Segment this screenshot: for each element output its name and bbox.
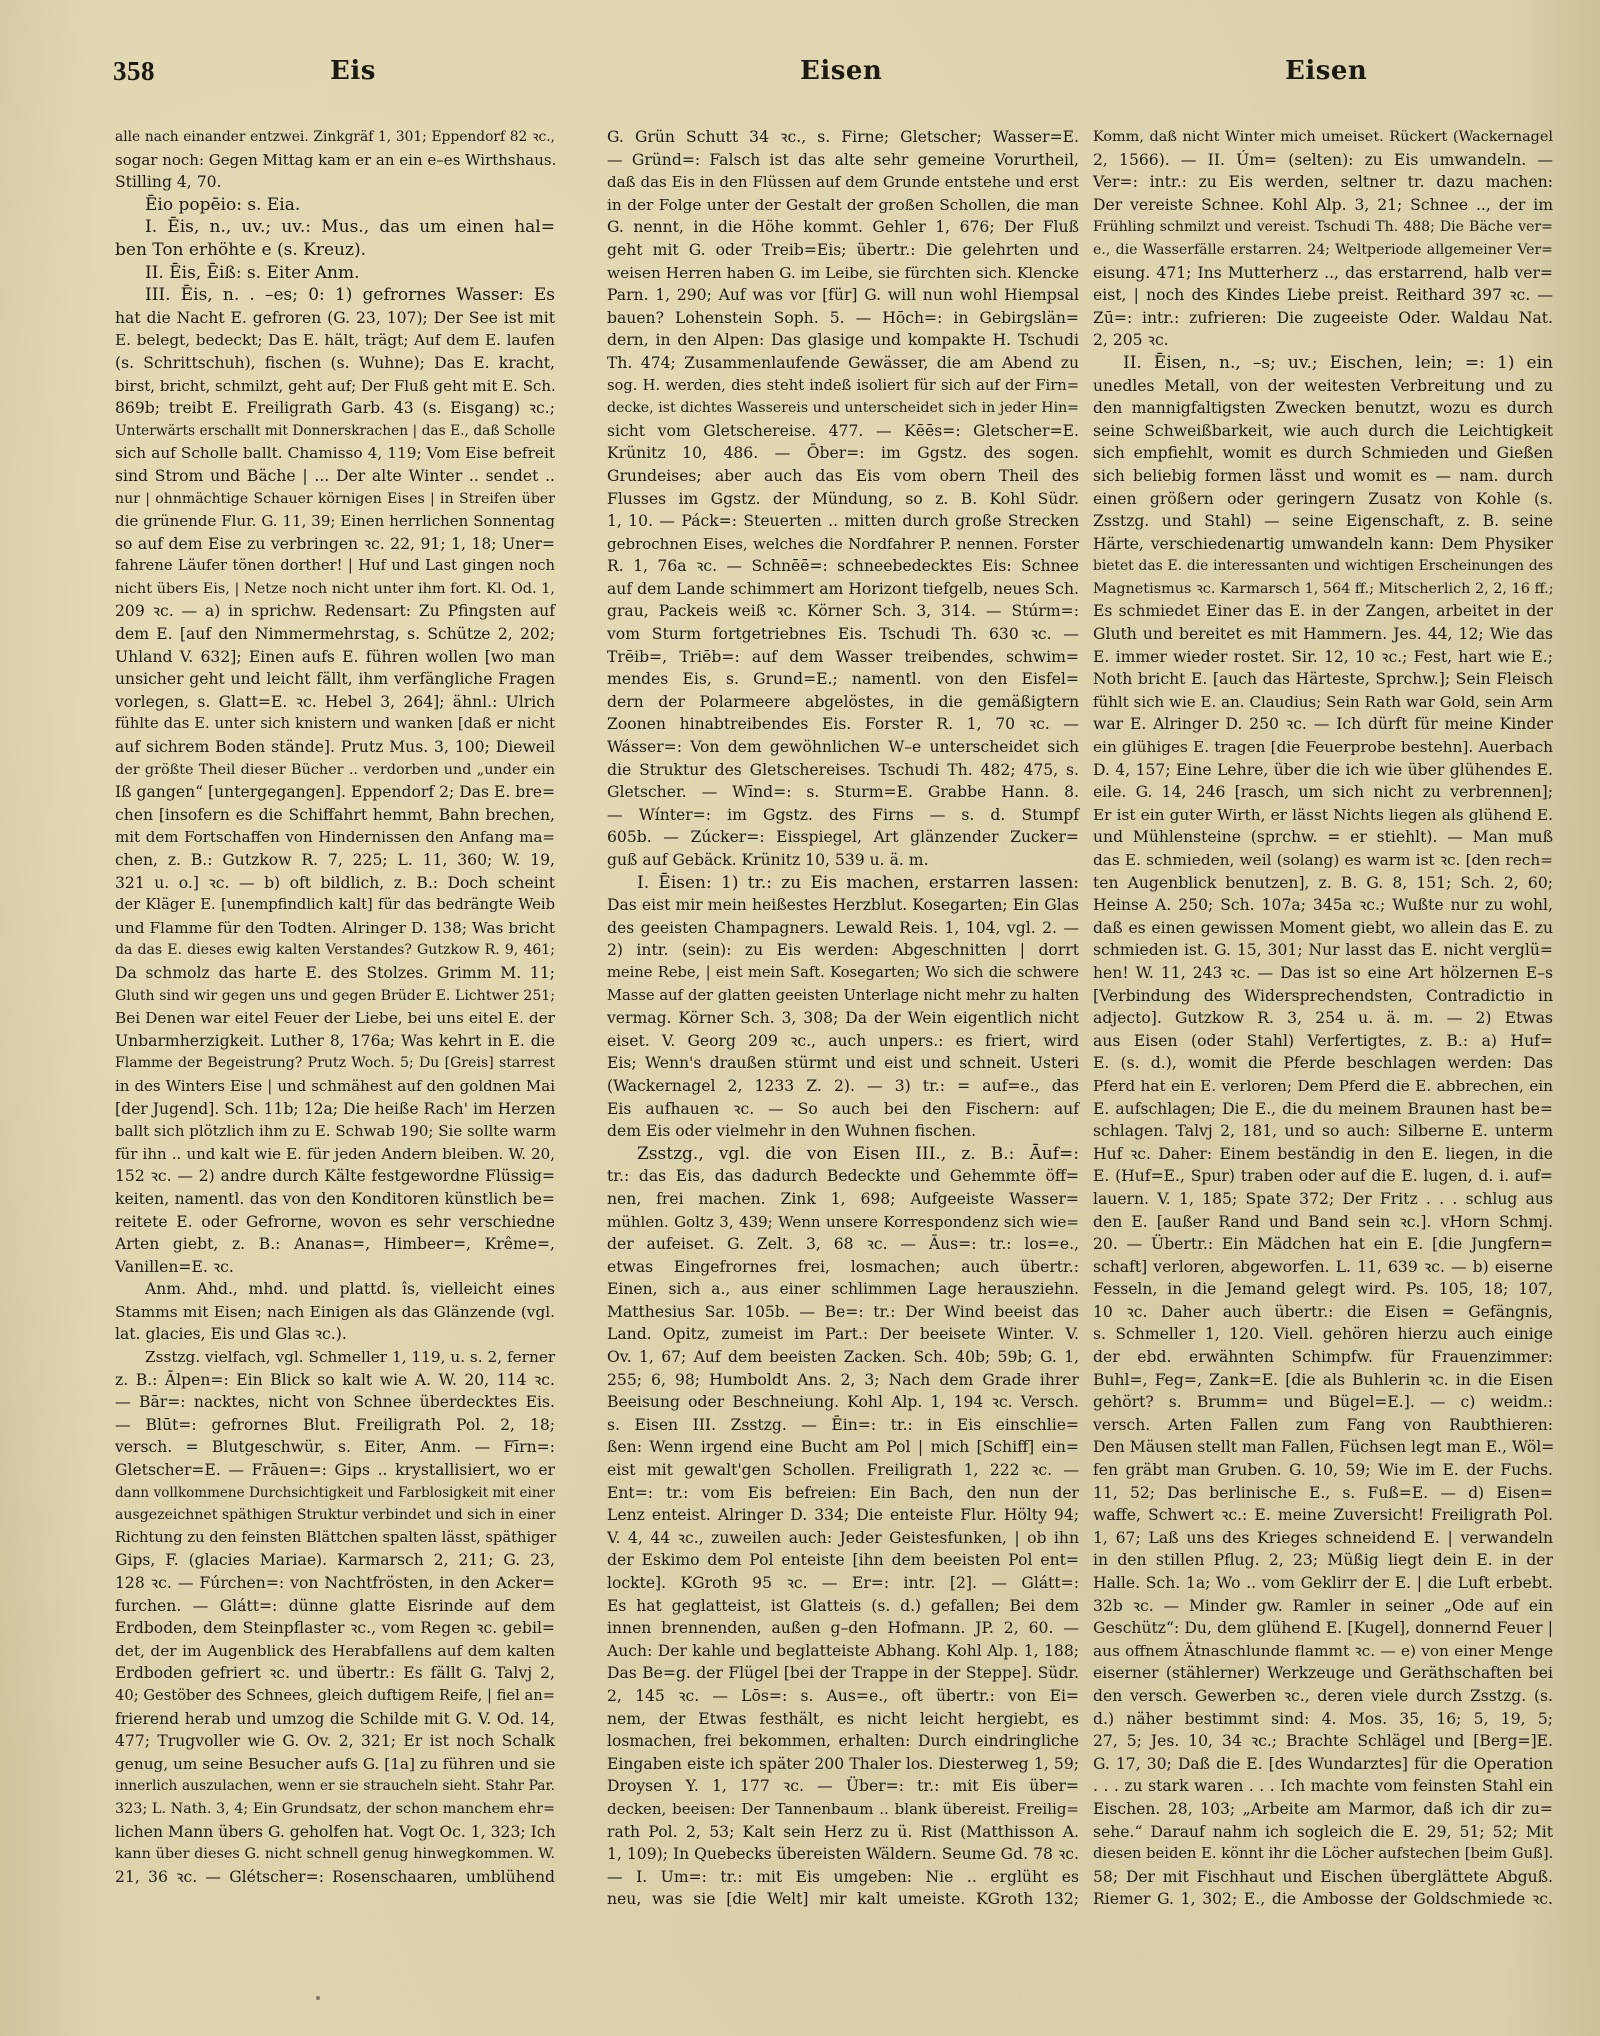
text-line: Zsstzg., vgl. die von Eisen III., z. B.:…: [607, 1143, 1079, 1166]
text-line: 10 ꝛc. Daher auch übertr.: die Eisen = G…: [1093, 1301, 1553, 1324]
text-line: Eis aufhauen ꝛc. — So auch bei den Fisch…: [607, 1098, 1079, 1121]
text-line: ballt sich plötzlich ihm zu E. Schwab 19…: [115, 1120, 555, 1143]
text-line: Magnetismus ꝛc. Karmarsch 1, 564 ff.; Mi…: [1093, 578, 1553, 601]
text-line: nen, frei machen. Zink 1, 698; Aufgeeist…: [607, 1188, 1079, 1211]
text-line: Unterwärts erschallt mit Donnerskrachen …: [115, 420, 555, 443]
text-line: gebrochnen Eises, welches die Nordfahrer…: [607, 533, 1079, 556]
text-line: Erdboden, dem Steinpflaster ꝛc., vom Reg…: [115, 1617, 555, 1640]
text-line: I. Ēisen: 1) tr.: zu Eis machen, erstarr…: [607, 872, 1079, 895]
text-line: Bei Denen war eitel Feuer der Liebe, bei…: [115, 1007, 555, 1030]
text-line: schlagen. Talvj 2, 181, und so auch: Sil…: [1093, 1120, 1553, 1143]
text-line: Gips, F. (glacies Mariae). Karmarsch 2, …: [115, 1549, 555, 1572]
text-line: — Blūt=: gefrornes Blut. Freiligrath Pol…: [115, 1414, 555, 1437]
text-line: innerlich auszulachen, wenn er sie strau…: [115, 1775, 555, 1798]
text-line: der ebd. erwähnten Schimpfw. für Frauenz…: [1093, 1346, 1553, 1369]
text-line: seine Schweißbarkeit, wie auch durch die…: [1093, 420, 1553, 443]
text-line: z. B.: Ālpen=: Ein Blick so kalt wie A. …: [115, 1369, 555, 1392]
text-line: ten Augenblick benutzen], z. B. G. 8, 15…: [1093, 872, 1553, 895]
text-line: 20. — Übertr.: Ein Mädchen hat ein E. [d…: [1093, 1233, 1553, 1256]
text-line: daß es einen gewissen Moment giebt, wo a…: [1093, 917, 1553, 940]
text-line: hat die Nacht E. gefroren (G. 23, 107); …: [115, 307, 555, 330]
text-line: reitete E. oder Gefrorne, wovon es sehr …: [115, 1211, 555, 1234]
text-line: unsicher geht und leicht fällt, ihm verf…: [115, 668, 555, 691]
text-line: 1, 10. — Páck=: Steuerten .. mitten durc…: [607, 510, 1079, 533]
text-line: Eischen. 28, 103; „Arbeite am Marmor, da…: [1093, 1798, 1553, 1821]
text-line: sicht vom Gletschereise. 477. — Kēēs=: G…: [607, 420, 1079, 443]
text-line: 2, 1566). — II. Úm= (selten): zu Eis umw…: [1093, 149, 1553, 172]
text-line: den E. [außer Rand und Band sein ꝛc.]. v…: [1093, 1211, 1553, 1234]
text-line: vorlegen, s. Glatt=E. ꝛc. Hebel 3, 264];…: [115, 691, 555, 714]
text-line: da das E. dieses ewig kalten Verstandes?…: [115, 939, 555, 962]
text-line: Komm, daß nicht Winter mich umeiset. Rüc…: [1093, 126, 1553, 149]
text-line: chen, z. B.: Gutzkow R. 7, 225; L. 11, 3…: [115, 849, 555, 872]
guide-word-center: Eisen: [800, 56, 882, 86]
text-line: mendes Eis, s. Grund=E.; namentl. von de…: [607, 668, 1079, 691]
text-line: Wásser=: Von dem gewöhnlichen W–e unters…: [607, 736, 1079, 759]
text-line: Iß gangen“ [untergegangen]. Eppendorf 2;…: [115, 781, 555, 804]
text-line: — Wínter=: im Ggstz. des Firns — s. d. S…: [607, 804, 1079, 827]
text-line: eist, | noch des Kindes Liebe preist. Re…: [1093, 284, 1553, 307]
text-line: 323; L. Nath. 3, 4; Ein Grundsatz, der s…: [115, 1798, 555, 1821]
dictionary-page: 358 Eis Eisen Eisen alle nach einander e…: [0, 0, 1600, 2036]
text-line: 869b; treibt E. Freiligrath Garb. 43 (s.…: [115, 397, 555, 420]
text-line: 1, 109); In Quebecks übereisten Wäldern.…: [607, 1843, 1079, 1866]
text-line: vermag. Körner Sch. 3, 308; Da der Wein …: [607, 1007, 1079, 1030]
text-line: — Bār=: nacktes, nicht von Schnee überde…: [115, 1391, 555, 1414]
text-line: 21, 36 ꝛc. — Glétscher=: Rosenschaaren, …: [115, 1866, 555, 1889]
text-line: in der Folge unter der Gestalt der große…: [607, 194, 1079, 217]
text-line: Eingaben eiste ich später 200 Thaler los…: [607, 1753, 1079, 1776]
text-line: Lenz enteist. Alringer D. 334; Die entei…: [607, 1504, 1079, 1527]
text-line: I. Ēis, n., uv.; uv.: Mus., das um einen…: [115, 216, 555, 239]
text-line: Matthesius Sar. 105b. — Be=: tr.: Der Wi…: [607, 1301, 1079, 1324]
text-line: E. belegt, bedeckt; Das E. hält, trägt; …: [115, 329, 555, 352]
text-line: sog. H. werden, dies steht indeß isolier…: [607, 375, 1079, 398]
text-line: vom Sturm fortgetriebnes Eis. Tschudi Th…: [607, 623, 1079, 646]
text-line: das E. schmieden, weil (solang) es warm …: [1093, 849, 1553, 872]
text-line: E. aufschlagen; Die E., die du meinem Br…: [1093, 1098, 1553, 1121]
text-line: E. (Huf=E., Spur) traben oder auf die E.…: [1093, 1165, 1553, 1188]
text-line: Zsstzg. vielfach, vgl. Schmeller 1, 119,…: [115, 1346, 555, 1369]
text-line: d.) näher bestimmt sind: 4. Mos. 35, 16;…: [1093, 1708, 1553, 1731]
text-line: Vanillen=E. ꝛc.: [115, 1256, 555, 1279]
text-line: Arten giebt, z. B.: Ananas=, Himbeer=, K…: [115, 1233, 555, 1256]
text-line: Geschütz“: Du, dem glühend E. [Kugel], d…: [1093, 1617, 1553, 1640]
text-line: II. Ēisen, n., –s; uv.; Eischen, lein; =…: [1093, 352, 1553, 375]
guide-word-left: Eis: [330, 56, 376, 86]
text-line: fahrene Läufer tönen dorther! | Huf und …: [115, 555, 555, 578]
text-line: den versch. Gewerben ꝛc., deren viele du…: [1093, 1685, 1553, 1708]
text-line: sind Strom und Bäche | ... Der alte Wint…: [115, 465, 555, 488]
text-line: Ver=: intr.: zu Eis werden, seltner tr. …: [1093, 171, 1553, 194]
text-line: auf sichrem Boden stände]. Prutz Mus. 3,…: [115, 736, 555, 759]
text-line: Huf ꝛc. Daher: Einem beständig in den E.…: [1093, 1143, 1553, 1166]
text-line: meine Rebe, | eist mein Saft. Kosegarten…: [607, 962, 1079, 985]
text-line: eisung. 471; Ins Mutterherz .., das erst…: [1093, 262, 1553, 285]
text-line: — Gründ=: Falsch ist das alte sehr gemei…: [607, 149, 1079, 172]
text-line: grau, Packeis weiß ꝛc. Körner Sch. 3, 31…: [607, 600, 1079, 623]
text-line: der Kläger E. [unempfindlich kalt] für d…: [115, 894, 555, 917]
text-line: Auch: Der kahle und beglatteiste Abhang.…: [607, 1640, 1079, 1663]
text-line: Unbarmherzigkeit. Luther 8, 176a; Was ke…: [115, 1030, 555, 1053]
text-line: G. nennt, in die Höhe kommt. Gehler 1, 6…: [607, 216, 1079, 239]
text-line: Krünitz 10, 486. — Ōber=: im Ggstz. des …: [607, 442, 1079, 465]
text-line: 27, 5; Jes. 10, 34 ꝛc.; Brachte Schlägel…: [1093, 1730, 1553, 1753]
text-line: Grundeises; aber auch das Eis vom obern …: [607, 465, 1079, 488]
text-line: . . . zu stark waren . . . Ich machte vo…: [1093, 1775, 1553, 1798]
text-line: kann über dieses G. nicht schnell genug …: [115, 1843, 555, 1866]
text-line: Richtung zu den feinsten Blättchen spalt…: [115, 1527, 555, 1550]
text-line: rath Pol. 2, 53; Kalt sein Herz zu ü. Ri…: [607, 1821, 1079, 1844]
text-line: Gluth und bereitet es mit Hammern. Jes. …: [1093, 623, 1553, 646]
text-line: alle nach einander entzwei. Zinkgräf 1, …: [115, 126, 555, 149]
text-line: in den stillen Pflug. 2, 23; Müßig liegt…: [1093, 1549, 1553, 1572]
text-line: der größte Theil dieser Bücher .. verdor…: [115, 759, 555, 782]
text-line: lichen Mann übers G. geholfen hat. Vogt …: [115, 1821, 555, 1844]
text-line: (Wackernagel 2, 1233 Z. 2). — 3) tr.: = …: [607, 1075, 1079, 1098]
text-line: 58; Der mit Fischhaut und Eischen übergl…: [1093, 1866, 1553, 1889]
text-line: Masse auf der glatten geeisten Unterlage…: [607, 985, 1079, 1008]
text-line: guß auf Gebäck. Krünitz 10, 539 u. ä. m.: [607, 849, 1079, 872]
text-line: der aufeiset. G. Zelt. 3, 68 ꝛc. — Āus=:…: [607, 1233, 1079, 1256]
text-line: E. (s. d.), womit die Pferde beschlagen …: [1093, 1052, 1553, 1075]
text-line: gehört? s. Brumm= und Bügel=E.]. — c) we…: [1093, 1391, 1553, 1414]
text-line: D. 4, 157; Eine Lehre, über die ich wie …: [1093, 759, 1553, 782]
text-line: Droysen Y. 1, 177 ꝛc. — Über=: tr.: mit …: [607, 1775, 1079, 1798]
text-line: Ent=: tr.: vom Eis befreien: Ein Bach, d…: [607, 1482, 1079, 1505]
text-line: 11, 52; Das berlinische E., s. Fuß=E. — …: [1093, 1482, 1553, 1505]
text-line: Härte, verschiedenartig umwandeln kann: …: [1093, 533, 1553, 556]
text-line: adjecto]. Gutzkow R. 3, 254 u. ä. m. — 2…: [1093, 1007, 1553, 1030]
text-line: decke, ist dichtes Wassereis und untersc…: [607, 397, 1079, 420]
text-line: keiten, namentl. das von den Konditoren …: [115, 1188, 555, 1211]
text-line: 128 ꝛc. — Fúrchen=: von Nachtfrösten, in…: [115, 1572, 555, 1595]
text-column-2: G. Grün Schutt 34 ꝛc., s. Firne; Gletsch…: [607, 126, 1079, 1911]
text-line: Land. Opitz, zumeist im Part.: Der beeis…: [607, 1323, 1079, 1346]
text-line: nem, der Etwas festhält, es nicht leicht…: [607, 1708, 1079, 1731]
text-line: (s. Schrittschuh), fischen (s. Wuhne); D…: [115, 352, 555, 375]
text-line: Das Be=g. der Flügel [bei der Trappe in …: [607, 1662, 1079, 1685]
text-line: eist mit gewalt'gen Schollen. Freiligrat…: [607, 1459, 1079, 1482]
text-line: dem Eis oder vielmehr in den Wuhnen fisc…: [607, 1120, 1079, 1143]
text-line: Halle. Sch. 1a; Wo .. vom Geklirr der E.…: [1093, 1572, 1553, 1595]
text-line: aus Eisen (oder Stahl) Verfertigtes, z. …: [1093, 1030, 1553, 1053]
text-line: Das eist mir mein heißestes Herzblut. Ko…: [607, 894, 1079, 917]
text-line: R. 1, 76a ꝛc. — Schnēē=: schneebedecktes…: [607, 555, 1079, 578]
text-line: Flusses im Ggstz. der Mündung, so z. B. …: [607, 488, 1079, 511]
text-line: bietet das E. die interessanten und wich…: [1093, 555, 1553, 578]
text-line: birst, bricht, schmilzt, geht auf; Der F…: [115, 375, 555, 398]
text-line: Stamms mit Eisen; nach Einigen als das G…: [115, 1301, 555, 1324]
text-line: Es schmiedet Einer das E. in der Zangen,…: [1093, 600, 1553, 623]
text-column-1: alle nach einander entzwei. Zinkgräf 1, …: [115, 126, 555, 1888]
text-line: V. 4, 44 ꝛc., zuweilen auch: Jeder Geist…: [607, 1527, 1079, 1550]
text-line: Zsstzg. und Stahl) — seine Eigenschaft, …: [1093, 510, 1553, 533]
text-line: geht mit G. oder Treib=Eis; übertr.: Die…: [607, 239, 1079, 262]
text-line: s. Eisen III. Zsstzg. — Ēin=: tr.: in Ei…: [607, 1414, 1079, 1437]
text-line: Zoonen hinabtreibendes Eis. Forster R. 1…: [607, 713, 1079, 736]
text-line: Parn. 1, 290; Auf was vor [für] G. will …: [607, 284, 1079, 307]
text-line: Pferd hat ein E. verloren; Dem Pferd die…: [1093, 1075, 1553, 1098]
text-line: lat. glacies, Eis und Glas ꝛc.).: [115, 1323, 555, 1346]
text-line: 209 ꝛc. — a) in sprichw. Redensart: Zu P…: [115, 600, 555, 623]
text-line: Er ist ein guter Wirth, er lässt Nichts …: [1093, 804, 1553, 827]
text-line: und Flamme für den Todten. Alringer D. 1…: [115, 917, 555, 940]
text-line: ausgezeichnet späthigen Struktur verbind…: [115, 1504, 555, 1527]
text-line: Da schmolz das harte E. des Stolzes. Gri…: [115, 962, 555, 985]
text-line: Einen, sich a., aus einer schlimmen Lage…: [607, 1278, 1079, 1301]
text-line: Frühling schmilzt und vereist. Tschudi T…: [1093, 216, 1553, 239]
text-line: neu, was sie [die Welt] mir kalt umeiste…: [607, 1888, 1079, 1911]
text-line: für ihn .. und kalt wie E. für jeden And…: [115, 1143, 555, 1166]
text-line: dern, in den Alpen: Das glasige und komp…: [607, 329, 1079, 352]
text-line: waffe, Schwert ꝛc.: E. meine Zuversicht!…: [1093, 1504, 1553, 1527]
text-line: fühlt sich wie E. an. Claudius; Sein Rat…: [1093, 691, 1553, 714]
text-line: Stilling 4, 70.: [115, 171, 555, 194]
text-line: etwas Eingefrornes frei, losmachen; auch…: [607, 1256, 1079, 1279]
text-line: Buhl=, Feg=, Zank=E. [die als Buhlerin ꝛ…: [1093, 1369, 1553, 1392]
text-line: 605b. — Zúcker=: Eisspiegel, Art glänzen…: [607, 826, 1079, 849]
text-line: und Mühlensteine (sprchw. = er stiehlt).…: [1093, 826, 1553, 849]
text-line: dem E. [auf den Nimmermehrstag, s. Schüt…: [115, 623, 555, 646]
text-line: so auf dem Eise zu verbringen ꝛc. 22, 91…: [115, 533, 555, 556]
text-line: Heinse A. 250; Sch. 107a; 345a ꝛc.; Wußt…: [1093, 894, 1553, 917]
text-line: sich empfiehlt, womit es durch Schmieden…: [1093, 442, 1553, 465]
text-line: daß das Eis in den Flüssen auf dem Grund…: [607, 171, 1079, 194]
text-line: nur | ohnmächtige Schauer körnigen Eises…: [115, 488, 555, 511]
text-line: 477; Trugvoller wie G. Ov. 2, 321; Er is…: [115, 1730, 555, 1753]
text-line: — I. Um=: tr.: mit Eis umgeben: Nie .. e…: [607, 1866, 1079, 1889]
paper-speck: [316, 1996, 320, 2000]
text-line: lauern. V. 1, 185; Spate 372; Der Fritz …: [1093, 1188, 1553, 1211]
text-line: genug, um seine Besucher aufs G. [1a] zu…: [115, 1753, 555, 1776]
text-line: dern der Polarmeere abgelöstes, in die g…: [607, 691, 1079, 714]
text-line: sich beliebig formen lässt und womit es …: [1093, 465, 1553, 488]
text-line: Erdboden gefriert ꝛc. und übertr.: Es fä…: [115, 1662, 555, 1685]
text-line: fen gräbt man Gruben. G. 10, 59; Wie im …: [1093, 1459, 1553, 1482]
text-line: innen brennenden, außen g–den Hofmann. J…: [607, 1617, 1079, 1640]
text-line: weisen Herren haben G. im Leibe, sie für…: [607, 262, 1079, 285]
text-line: auf dem Lande schimmert am Horizont tief…: [607, 578, 1079, 601]
text-line: Riemer G. 1, 302; E., die Ambosse der Go…: [1093, 1888, 1553, 1911]
text-line: [der Jugend]. Sch. 11b; 12a; Die heiße R…: [115, 1098, 555, 1121]
text-line: Gluth sind wir gegen uns und gegen Brüde…: [115, 985, 555, 1008]
text-line: 2) intr. (sein): zu Eis werden: Abgeschn…: [607, 939, 1079, 962]
text-line: Fesseln, in die Jemand gelegt wird. Ps. …: [1093, 1278, 1553, 1301]
text-line: 255; 6, 98; Humboldt Ans. 2, 3; Nach dem…: [607, 1369, 1079, 1392]
text-line: losmachen, frei bekommen, erhalten: Durc…: [607, 1730, 1079, 1753]
text-line: Eis; Wenn's draußen stürmt und eist und …: [607, 1052, 1079, 1075]
text-line: ein glühiges E. tragen [die Feuerprobe b…: [1093, 736, 1553, 759]
text-line: schaft] verloren, abgeworfen. L. 11, 639…: [1093, 1256, 1553, 1279]
text-line: Zū=: intr.: zufrieren: Die zugeeiste Ode…: [1093, 307, 1553, 330]
text-line: Beeisung oder Beschneiung. Kohl Alp. 1, …: [607, 1391, 1079, 1414]
text-line: 40; Gestöber des Schnees, gleich duftige…: [115, 1685, 555, 1708]
text-line: Th. 474; Zusammenlaufende Gewässer, die …: [607, 352, 1079, 375]
text-line: Den Mäusen stellt man Fallen, Füchsen le…: [1093, 1436, 1553, 1459]
text-line: dann vollkommene Durchsichtigkeit und Fa…: [115, 1482, 555, 1505]
text-line: 2, 205 ꝛc.: [1093, 329, 1553, 352]
text-line: Der vereiste Schnee. Kohl Alp. 3, 21; Sc…: [1093, 194, 1553, 217]
text-line: war E. Alringer D. 250 ꝛc. — Ich dürft f…: [1093, 713, 1553, 736]
guide-word-right: Eisen: [1285, 56, 1367, 86]
text-line: decken, beeisen: Der Tannenbaum .. blank…: [607, 1798, 1079, 1821]
text-line: 321 u. o.] ꝛc. — b) oft bildlich, z. B.:…: [115, 872, 555, 895]
text-line: eiserner (stählerner) Werkzeuge und Gerä…: [1093, 1662, 1553, 1685]
text-line: Anm. Ahd., mhd. und plattd. îs, vielleic…: [115, 1278, 555, 1301]
text-line: eiset. V. Georg 209 ꝛc., auch unpers.: e…: [607, 1030, 1079, 1053]
text-line: frierend herab und umzog die Schilde mit…: [115, 1708, 555, 1731]
text-line: furchen. — Glátt=: dünne glatte Eisrinde…: [115, 1595, 555, 1618]
text-line: in des Winters Eise | und schmähest auf …: [115, 1075, 555, 1098]
text-line: des geeisten Champagners. Lewald Reis. 1…: [607, 917, 1079, 940]
text-line: G. Grün Schutt 34 ꝛc., s. Firne; Gletsch…: [607, 126, 1079, 149]
text-line: fühlte das E. unter sich knistern und wa…: [115, 713, 555, 736]
text-line: die grünende Flur. G. 11, 39; Einen herr…: [115, 510, 555, 533]
text-line: ben Ton erhöhte e (s. Kreuz).: [115, 239, 555, 262]
text-line: Uhland V. 632]; Einen aufs E. führen wol…: [115, 646, 555, 669]
text-line: nicht übers Eis, | Netze noch nicht unte…: [115, 578, 555, 601]
text-line: 152 ꝛc. — 2) andre durch Kälte festgewor…: [115, 1165, 555, 1188]
text-line: den mannigfaltigsten Zwecken benutzt, wo…: [1093, 397, 1553, 420]
text-line: Ēio popēio: s. Eia.: [115, 194, 555, 217]
text-line: 2, 145 ꝛc. — Lōs=: s. Aus=e., oft übertr…: [607, 1685, 1079, 1708]
text-line: bauen? Lohenstein Soph. 5. — Hōch=: in G…: [607, 307, 1079, 330]
text-line: eile. G. 14, 246 [rasch, um sich nicht z…: [1093, 781, 1553, 804]
text-line: ßen: Wenn irgend eine Bucht am Pol | mic…: [607, 1436, 1079, 1459]
text-line: versch. Arten Fallen zum Fang von Raubth…: [1093, 1414, 1553, 1437]
text-line: Noth bricht E. [auch das Härteste, Sprch…: [1093, 668, 1553, 691]
text-line: aus offnem Ätnaschlunde flammt ꝛc. — e) …: [1093, 1640, 1553, 1663]
text-line: diesen beiden E. könnt ihr die Löcher au…: [1093, 1843, 1553, 1866]
text-line: tr.: das Eis, das dadurch Bedeckte und G…: [607, 1165, 1079, 1188]
text-line: [Verbindung des Widersprechendsten, Cont…: [1093, 985, 1553, 1008]
text-line: III. Ēis, n. . –es; 0: 1) gefrornes Wass…: [115, 284, 555, 307]
text-line: hen! W. 11, 243 ꝛc. — Das ist so eine Ar…: [1093, 962, 1553, 985]
text-line: Es hat geglatteist, ist Glatteis (s. d.)…: [607, 1595, 1079, 1618]
text-line: mit dem Fortschaffen von Hindernissen de…: [115, 826, 555, 849]
text-line: det, der im Augenblick des Herabfallens …: [115, 1640, 555, 1663]
text-line: chen [insofern es die Schiffahrt hemmt, …: [115, 804, 555, 827]
text-line: schmieden ist. G. 15, 301; Nur lasst das…: [1093, 939, 1553, 962]
page-number: 358: [113, 56, 155, 87]
text-line: II. Ēis, Ēiß: s. Eiter Anm.: [115, 262, 555, 285]
text-line: e., die Wasserfälle erstarren. 24; Weltp…: [1093, 239, 1553, 262]
text-line: Trēib=, Triēb=: auf dem Wasser treibende…: [607, 646, 1079, 669]
text-line: 32b ꝛc. — Minder gw. Ramler in seiner „O…: [1093, 1595, 1553, 1618]
text-line: 1, 67; Laß uns des Krieges schneidend E.…: [1093, 1527, 1553, 1550]
text-line: sich auf Scholle ballt. Chamisso 4, 119;…: [115, 442, 555, 465]
text-line: Gletscher. — Wīnd=: s. Sturm=E. Grabbe H…: [607, 781, 1079, 804]
text-line: unedles Metall, von der weitesten Verbre…: [1093, 375, 1553, 398]
text-line: Gletscher=E. — Frāuen=: Gips .. krystall…: [115, 1459, 555, 1482]
text-line: lockte]. KGroth 95 ꝛc. — Er=: intr. [2].…: [607, 1572, 1079, 1595]
text-line: die Struktur des Gletschereises. Tschudi…: [607, 759, 1079, 782]
text-line: Flamme der Begeistrung? Prutz Woch. 5; D…: [115, 1052, 555, 1075]
text-line: mühlen. Goltz 3, 439; Wenn unsere Korres…: [607, 1211, 1079, 1234]
text-line: der Eskimo dem Pol enteiste [ihn dem bee…: [607, 1549, 1079, 1572]
text-line: einen größern oder geringern Zusatz von …: [1093, 488, 1553, 511]
text-line: G. 17, 30; Daß die E. [des Wundarztes] f…: [1093, 1753, 1553, 1776]
text-line: s. Schmeller 1, 120. Viell. gehören hier…: [1093, 1323, 1553, 1346]
text-column-3: Komm, daß nicht Winter mich umeiset. Rüc…: [1093, 126, 1553, 1911]
running-header: 358 Eis Eisen Eisen: [0, 56, 1600, 96]
text-line: versch. = Blutgeschwür, s. Eiter, Anm. —…: [115, 1436, 555, 1459]
text-line: sogar noch: Gegen Mittag kam er an ein e…: [115, 149, 555, 172]
text-line: sehe.“ Darauf nahm ich sogleich die E. 2…: [1093, 1821, 1553, 1844]
text-line: E. immer wieder rostet. Sir. 12, 10 ꝛc.;…: [1093, 646, 1553, 669]
text-line: Ov. 1, 67; Auf dem beeisten Zacken. Sch.…: [607, 1346, 1079, 1369]
